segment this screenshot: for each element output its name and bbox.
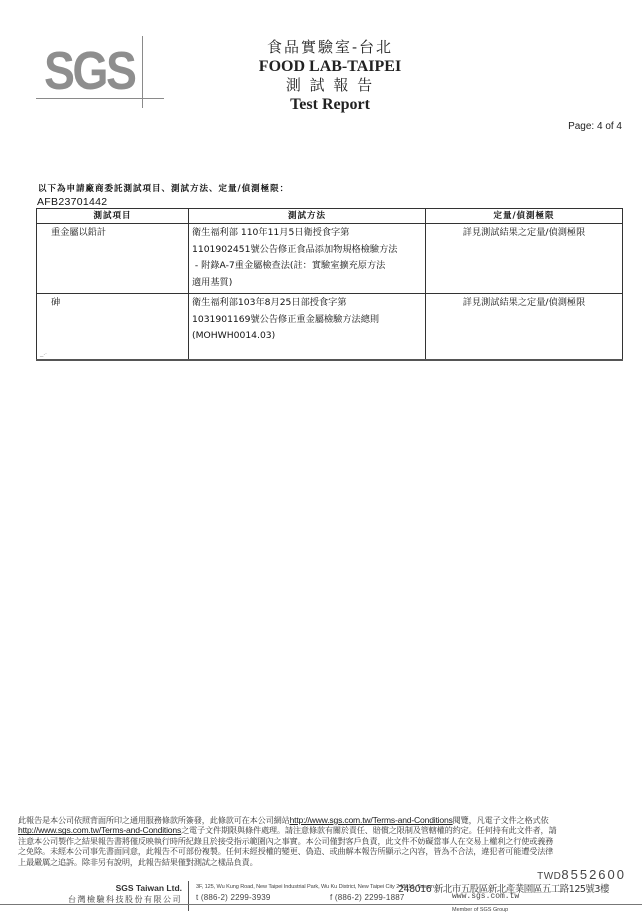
disclaimer-line: 之免除。未經本公司事先書面同意，此報告不可部份複製。任何未經授權的變更、偽造、或… <box>18 846 626 856</box>
intro-text: 以下為申請廠商委託測試項目、測試方法、定量/偵測極限： <box>38 182 289 194</box>
test-limit: 詳見測試結果之定量/偵測極限 <box>426 224 623 294</box>
header-limit: 定量/偵測極限 <box>426 209 623 224</box>
terms-link[interactable]: http://www.sgs.com.tw/Terms-and-Conditio… <box>18 825 181 835</box>
test-methods-table: 測試項目 測試方法 定量/偵測極限 重金屬以鉛計 衛生福利部 110年11月5日… <box>36 208 623 361</box>
method-line: 1101902451號公告修正食品添加物規格檢驗方法 <box>192 242 425 259</box>
test-item: 砷 <box>37 294 189 361</box>
disclaimer-line: 此報告是本公司依照背面所印之通用服務條款所簽發，此條款可在本公司網站http:/… <box>18 815 626 825</box>
report-title-zh: 測 試 報 告 <box>200 76 460 95</box>
footer-divider-vertical <box>188 881 189 911</box>
method-line: (MOHWH0014.03) <box>192 328 425 345</box>
method-line: 適用基質) <box>192 275 425 292</box>
disclaimer: 此報告是本公司依照背面所印之通用服務條款所簽發，此條款可在本公司網站http:/… <box>18 815 626 867</box>
header-test-method: 測試方法 <box>189 209 426 224</box>
test-item: 重金屬以鉛計 <box>37 224 189 294</box>
disclaimer-line: 注意本公司製作之結果報告書將僅反映執行時所紀錄且於接受指示範圍內之事實。本公司僅… <box>18 836 626 846</box>
terms-link[interactable]: http://www.sgs.com.tw/Terms-and-Conditio… <box>290 815 453 825</box>
footer-divider-horizontal <box>0 904 642 905</box>
method-line: 衛生福利部103年8月25日部授食字第 <box>192 295 425 312</box>
method-line: 1031901169號公告修正重金屬檢驗方法總則 <box>192 312 425 329</box>
serial-value: 8552600 <box>561 867 626 882</box>
report-title-en: Test Report <box>200 95 460 114</box>
page-indicator: Page: 4 of 4 <box>568 121 622 132</box>
scan-artifact: _.· <box>40 351 47 357</box>
table-header-row: 測試項目 測試方法 定量/偵測極限 <box>37 209 623 224</box>
logo-vertical-rule <box>142 36 143 108</box>
method-line: - 附錄A-7重金屬檢查法(註：實驗室擴充原方法 <box>192 258 425 275</box>
sgs-logo-text: SGS <box>44 40 134 102</box>
telephone: t (886-2) 2299-3939 <box>196 893 271 902</box>
report-number: AFB23701442 <box>37 196 107 208</box>
fax: f (886-2) 2299-1887 <box>330 893 405 902</box>
disclaimer-line: 上最嚴厲之追訴。除非另有說明，此報告結果僅對測試之樣品負責。 <box>18 857 626 867</box>
test-method: 衛生福利部 110年11月5日衛授食字第 1101902451號公告修正食品添加… <box>189 224 426 294</box>
table-row: 重金屬以鉛計 衛生福利部 110年11月5日衛授食字第 1101902451號公… <box>37 224 623 294</box>
table-row: 砷 衛生福利部103年8月25日部授食字第 1031901169號公告修正重金屬… <box>37 294 623 361</box>
lab-name-en: FOOD LAB-TAIPEI <box>200 57 460 76</box>
disclaimer-line: http://www.sgs.com.tw/Terms-and-Conditio… <box>18 825 626 835</box>
sgs-logo: SGS <box>36 42 154 104</box>
disclaimer-text: 之電子文件期限與條件處理。請注意條款有關於責任、賠償之限制及管轄權的約定。任何持… <box>181 825 556 835</box>
member-of-sgs-group: Member of SGS Group <box>452 907 508 913</box>
website-link[interactable]: www.sgs.com.tw <box>452 892 519 901</box>
header-test-item: 測試項目 <box>37 209 189 224</box>
company-name-en: SGS Taiwan Ltd. <box>116 883 182 893</box>
test-limit: 詳見測試結果之定量/偵測極限 <box>426 294 623 361</box>
disclaimer-text: 閱覽，凡電子文件之格式依 <box>453 815 549 825</box>
test-method: 衛生福利部103年8月25日部授食字第 1031901169號公告修正重金屬檢驗… <box>189 294 426 361</box>
lab-name-zh: 食品實驗室-台北 <box>200 38 460 57</box>
method-line: 衛生福利部 110年11月5日衛授食字第 <box>192 225 425 242</box>
logo-horizontal-rule <box>36 98 164 99</box>
report-header: 食品實驗室-台北 FOOD LAB-TAIPEI 測 試 報 告 Test Re… <box>200 38 460 114</box>
disclaimer-text: 此報告是本公司依照背面所印之通用服務條款所簽發，此條款可在本公司網站 <box>18 815 290 825</box>
